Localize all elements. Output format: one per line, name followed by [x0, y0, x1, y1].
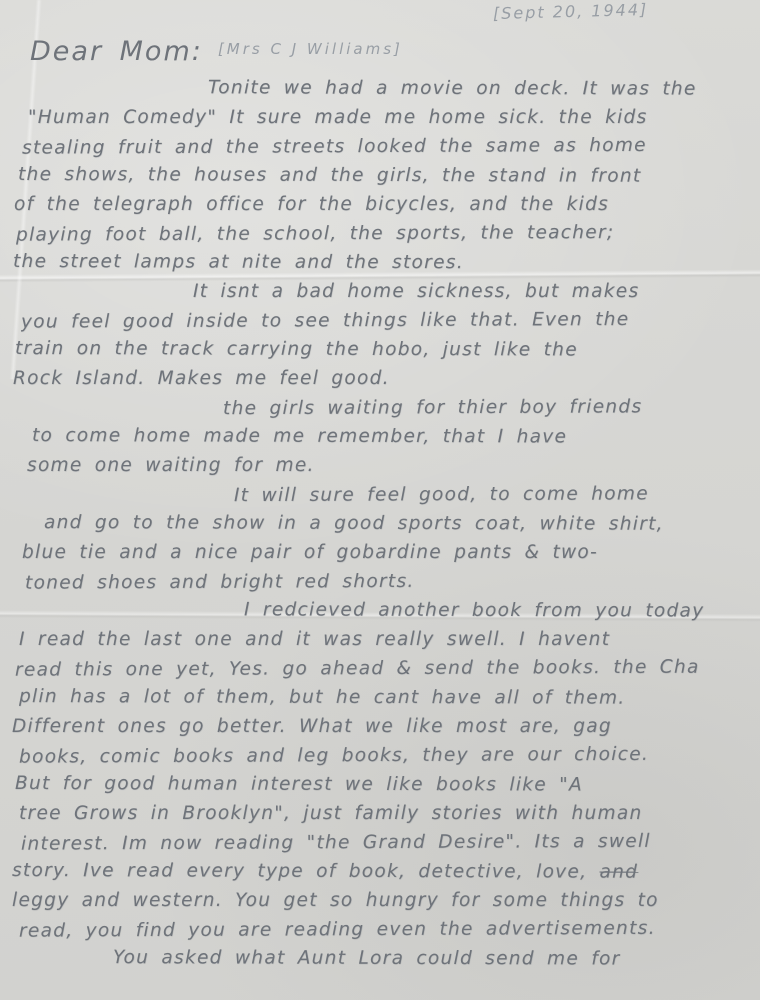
letter-line: toned shoes and bright red shorts.: [25, 565, 760, 597]
letter-line: and go to the show in a good sports coat…: [44, 508, 760, 539]
letter-line: read, you find you are reading even the …: [19, 913, 760, 945]
letter-line: the shows, the houses and the girls, the…: [18, 160, 760, 191]
letter-line: read this one yet, Yes. go ahead & send …: [15, 652, 760, 684]
letter-line: Rock Island. Makes me feel good.: [13, 364, 760, 393]
letter-line: some one waiting for me.: [27, 451, 760, 480]
salutation-row: Dear Mom: [Mrs C J Williams]: [30, 36, 403, 67]
letter-line: blue tie and a nice pair of gobardine pa…: [22, 538, 760, 567]
letter-line: of the telegraph office for the bicycles…: [14, 190, 760, 219]
letter-line: "Human Comedy" It sure made me home sick…: [28, 103, 760, 132]
letter-line: train on the track carrying the hobo, ju…: [15, 334, 760, 365]
letter-line: interest. Im now reading "the Grand Desi…: [21, 826, 760, 858]
letter-line: tree Grows in Brooklyn", just family sto…: [19, 799, 760, 828]
letter-sheet: [Sept 20, 1944] Dear Mom: [Mrs C J Willi…: [0, 0, 760, 1000]
letter-line: the girls waiting for thier boy friends: [223, 392, 760, 423]
letter-line: books, comic books and leg books, they a…: [19, 739, 760, 771]
letter-line: But for good human interest we like book…: [15, 769, 760, 800]
letter-line: Different ones go better. What we like m…: [12, 712, 760, 741]
letter-line: to come home made me remember, that I ha…: [32, 421, 760, 452]
letter-line: stealing fruit and the streets looked th…: [22, 130, 760, 162]
letter-line: I redcieved another book from you today: [244, 595, 760, 625]
letter-line: plin has a lot of them, but he cant have…: [19, 682, 760, 713]
letter-line: It will sure feel good, to come home: [234, 479, 760, 510]
date-annotation: [Sept 20, 1944]: [493, 0, 649, 23]
salutation: Dear Mom:: [30, 36, 203, 67]
letter-line: the street lamps at nite and the stores.: [13, 247, 760, 278]
letter-line: It isnt a bad home sickness, but makes: [193, 277, 760, 306]
recipient-name-annotation: [Mrs C J Williams]: [218, 40, 403, 58]
letter-line: I read the last one and it was really sw…: [19, 625, 760, 654]
letter-line: You asked what Aunt Lora could send me f…: [113, 943, 760, 974]
letter-line: you feel good inside to see things like …: [21, 304, 760, 336]
letter-line: story. Ive read every type of book, dete…: [12, 856, 760, 887]
letter-line: leggy and western. You get so hungry for…: [12, 886, 760, 915]
letter-line: Tonite we had a movie on deck. It was th…: [208, 73, 760, 103]
letter-line: playing foot ball, the school, the sport…: [16, 217, 760, 249]
letter-body: Tonite we had a movie on deck. It was th…: [8, 74, 760, 973]
